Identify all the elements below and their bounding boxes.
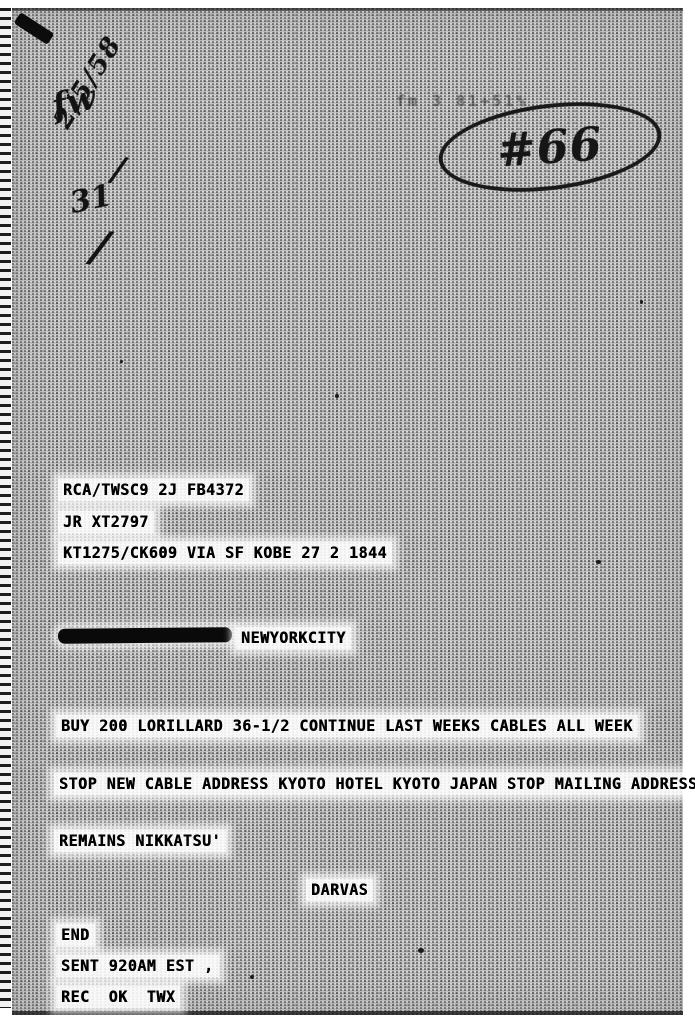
ink-speck (120, 360, 123, 363)
footer-receipt: REC OK TWX (56, 986, 180, 1009)
routing-line-2: JR XT2797 (58, 511, 154, 534)
ink-speck (418, 948, 424, 953)
circled-number: #66 (495, 116, 604, 177)
faint-stamp-text: fm 3 81+51% (396, 92, 528, 110)
signature: DARVAS (306, 879, 373, 902)
message-line-3: REMAINS NIKKATSU' (54, 830, 226, 853)
recipient-city: NEWYORKCITY (236, 627, 351, 650)
ink-speck (640, 300, 643, 304)
footer-end: END (56, 924, 95, 947)
message-line-1: BUY 200 LORILLARD 36-1/2 CONTINUE LAST W… (56, 715, 638, 738)
ink-speck (596, 560, 601, 564)
ink-speck (335, 394, 339, 398)
footer-sent-time: SENT 920AM EST , (56, 955, 219, 978)
message-line-2: STOP NEW CABLE ADDRESS KYOTO HOTEL KYOTO… (54, 773, 695, 796)
routing-line-1: RCA/TWSC9 2J FB4372 (58, 479, 249, 502)
routing-line-3: KT1275/CK609 VIA SF KOBE 27 2 1844 (58, 542, 392, 565)
ink-speck (250, 975, 254, 979)
perforated-edge (0, 8, 11, 1008)
redacted-recipient-name (58, 627, 232, 644)
